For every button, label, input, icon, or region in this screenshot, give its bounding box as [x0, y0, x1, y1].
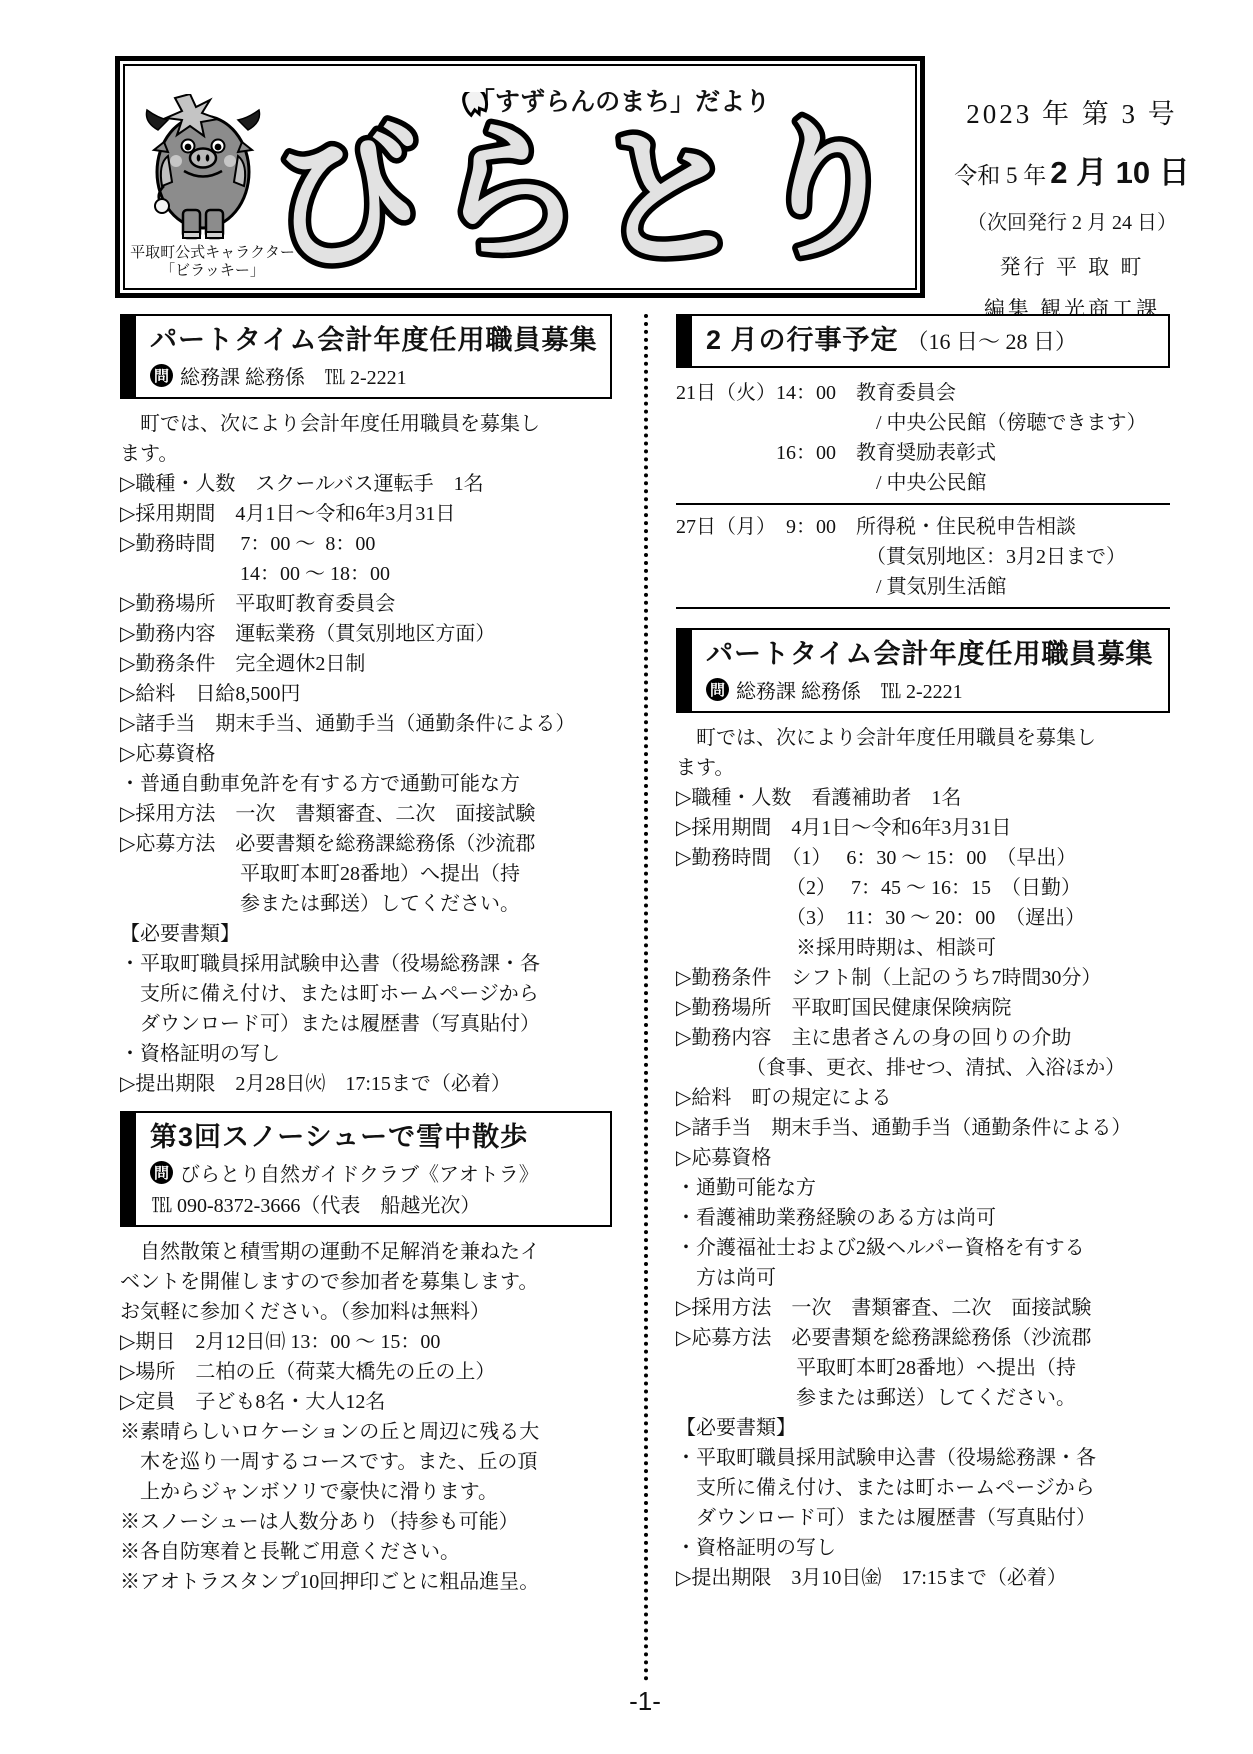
next-issue-note: （次回発行 2 月 24 日）	[944, 206, 1200, 235]
text-line: 木を巡り一周するコースです。また、丘の頂	[120, 1447, 612, 1477]
svg-text:り: り	[742, 99, 909, 282]
section-title: パートタイム会計年度任用職員募集	[706, 637, 1160, 671]
section-contact-tel: ℡ 090-8372-3666（代表 船越光次）	[150, 1189, 602, 1218]
left-column: パートタイム会計年度任用職員募集 問 総務課 総務係 ℡ 2-2221 町では、…	[120, 314, 612, 1597]
text-line: ・平取町職員採用試験申込書（役場総務課・各	[120, 949, 612, 979]
text-line: / 中央公民館	[676, 468, 1170, 498]
text-line: ▷給料 日給8,500円	[120, 679, 612, 709]
text-line: ▷応募資格	[676, 1143, 1170, 1173]
issue-number: 2023 年 第 3 号	[944, 92, 1200, 131]
text-line: 16：00 教育奨励表彰式	[676, 438, 1170, 468]
text-line: ます。	[676, 753, 1170, 783]
text-line: ▷勤務条件 完全週休2日制	[120, 649, 612, 679]
section-bar	[676, 314, 692, 368]
text-line: （2） 7：45 ～ 16：15 （日勤）	[676, 873, 1170, 903]
text-line: ※採用時期は、相談可	[676, 933, 1170, 963]
section-contact: 問 びらとり自然ガイドクラブ《アオトラ》	[150, 1158, 602, 1187]
newsletter-title: び ら と り	[263, 92, 911, 282]
page-number: -1-	[545, 1686, 745, 1717]
text-line: ▷職種・人数 スクールバス運転手 1名	[120, 469, 612, 499]
text-line: 支所に備え付け、または町ホームページから	[676, 1473, 1170, 1503]
text-line: ▷採用方法 一次 書類審査、二次 面接試験	[120, 799, 612, 829]
text-line: ▷採用期間 4月1日～令和6年3月31日	[676, 813, 1170, 843]
schedule-title: 2 月の行事予定	[706, 325, 899, 355]
section-contact: 問 総務課 総務係 ℡ 2-2221	[150, 361, 602, 390]
schedule-body: 21日（火）14：00 教育委員会 / 中央公民館（傍聴できます） 16：00 …	[676, 378, 1170, 609]
inquiry-icon: 問	[150, 364, 173, 387]
text-line: ▷応募資格	[120, 739, 612, 769]
separator-rule	[676, 607, 1170, 609]
text-line: ▷提出期限 3月10日㈮ 17:15まで（必着）	[676, 1563, 1170, 1593]
text-line: ※各自防寒着と長靴ご用意ください。	[120, 1537, 612, 1567]
text-line: 参または郵送）してください。	[120, 889, 612, 919]
publisher-line: 発行 平 取 町	[944, 251, 1200, 281]
newsletter-page: 「すずらんのまち」だより び ら と り	[0, 0, 1253, 1754]
text-line: ▷期日 2月12日㈰ 13：00 ～ 15：00	[120, 1327, 612, 1357]
issue-date-era: 令和 5 年	[954, 163, 1046, 188]
text-line: ※素晴らしいロケーションの丘と周辺に残る大	[120, 1417, 612, 1447]
text-line: 【必要書類】	[120, 919, 612, 949]
text-line: ▷勤務時間 7：00 ～ 8：00	[120, 529, 612, 559]
text-line: ▷勤務場所 平取町教育委員会	[120, 589, 612, 619]
text-line: ・平取町職員採用試験申込書（役場総務課・各	[676, 1443, 1170, 1473]
text-line: 参または郵送）してください。	[676, 1383, 1170, 1413]
text-line: （3） 11：30 ～ 20：00 （遅出）	[676, 903, 1170, 933]
text-line: ▷勤務内容 運転業務（貫気別地区方面）	[120, 619, 612, 649]
text-line: ※スノーシューは人数分あり（持参も可能）	[120, 1507, 612, 1537]
text-line: ▷定員 子ども8名・大人12名	[120, 1387, 612, 1417]
issue-info: 2023 年 第 3 号 令和 5 年2 月 10 日 （次回発行 2 月 24…	[944, 92, 1200, 335]
text-line: ▷提出期限 2月28日㈫ 17:15まで（必着）	[120, 1069, 612, 1099]
section-title: 2 月の行事予定（16 日～ 28 日）	[706, 323, 1160, 359]
text-line: ▷給料 町の規定による	[676, 1083, 1170, 1113]
article-body-parttime-left: 町では、次により会計年度任用職員を募集します。▷職種・人数 スクールバス運転手 …	[120, 409, 612, 1099]
text-line: ▷採用方法 一次 書類審査、二次 面接試験	[676, 1293, 1170, 1323]
text-line: 町では、次により会計年度任用職員を募集し	[676, 723, 1170, 753]
schedule-title-range: （16 日～ 28 日）	[907, 329, 1078, 354]
text-line: ▷勤務条件 シフト制（上記のうち7時間30分）	[676, 963, 1170, 993]
text-line: 方は尚可	[676, 1263, 1170, 1293]
text-line: ・資格証明の写し	[120, 1039, 612, 1069]
text-line: ・資格証明の写し	[676, 1533, 1170, 1563]
contact-text: 総務課 総務係 ℡ 2-2221	[180, 361, 407, 390]
text-line: 町では、次により会計年度任用職員を募集し	[120, 409, 612, 439]
text-line: / 中央公民館（傍聴できます）	[676, 408, 1170, 438]
section-head-parttime-recruitment-left: パートタイム会計年度任用職員募集 問 総務課 総務係 ℡ 2-2221	[120, 314, 612, 399]
text-line: ▷諸手当 期末手当、通勤手当（通勤条件による）	[120, 709, 612, 739]
text-line: 【必要書類】	[676, 1413, 1170, 1443]
mascot-biracky-icon	[137, 94, 269, 244]
text-line: 27日（月） 9：00 所得税・住民税申告相談	[676, 512, 1170, 542]
text-line: ▷採用期間 4月1日～令和6年3月31日	[120, 499, 612, 529]
text-line: ▷応募方法 必要書類を総務課総務係（沙流郡	[120, 829, 612, 859]
text-line: 支所に備え付け、または町ホームページから	[120, 979, 612, 1009]
text-line: 自然散策と積雪期の運動不足解消を兼ねたイ	[120, 1237, 612, 1267]
section-head-parttime-recruitment-right: パートタイム会計年度任用職員募集 問 総務課 総務係 ℡ 2-2221	[676, 628, 1170, 713]
text-line: 14：00 ～ 18：00	[120, 559, 612, 589]
text-line: 21日（火）14：00 教育委員会	[676, 378, 1170, 408]
text-line: （食事、更衣、排せつ、清拭、入浴ほか）	[676, 1053, 1170, 1083]
masthead-inner-border: 「すずらんのまち」だより び ら と り	[123, 64, 917, 290]
text-line: ダウンロード可）または履歴書（写真貼付）	[676, 1503, 1170, 1533]
masthead: 「すずらんのまち」だより び ら と り	[115, 56, 925, 298]
article-body-parttime-right: 町では、次により会計年度任用職員を募集します。▷職種・人数 看護補助者 1名▷採…	[676, 723, 1170, 1593]
svg-text:と: と	[589, 108, 748, 282]
text-line: ・通勤可能な方	[676, 1173, 1170, 1203]
text-line: 平取町本町28番地）へ提出（持	[120, 859, 612, 889]
text-line: お気軽に参加ください。（参加料は無料）	[120, 1297, 612, 1327]
section-bar	[120, 1111, 136, 1227]
text-line: ます。	[120, 439, 612, 469]
svg-text:ら: ら	[429, 101, 591, 282]
issue-date-bold: 2 月 10 日	[1050, 155, 1190, 190]
mascot-caption-line1: 平取町公式キャラクター	[125, 244, 300, 262]
section-bar	[120, 314, 136, 399]
inquiry-icon: 問	[706, 678, 729, 701]
separator-rule	[676, 503, 1170, 505]
issue-date: 令和 5 年2 月 10 日	[944, 147, 1200, 192]
mascot-caption-line2: 「ビラッキー」	[125, 262, 300, 280]
text-line: ▷職種・人数 看護補助者 1名	[676, 783, 1170, 813]
text-line: ▷諸手当 期末手当、通勤手当（通勤条件による）	[676, 1113, 1170, 1143]
text-line: ・普通自動車免許を有する方で通勤可能な方	[120, 769, 612, 799]
text-line: ベントを開催しますので参加者を募集します。	[120, 1267, 612, 1297]
text-line: ▷勤務時間 （1） 6：30 ～ 15：00 （早出）	[676, 843, 1170, 873]
text-line: 平取町本町28番地）へ提出（持	[676, 1353, 1170, 1383]
contact-text: びらとり自然ガイドクラブ《アオトラ》	[180, 1158, 539, 1187]
text-line: ・看護補助業務経験のある方は尚可	[676, 1203, 1170, 1233]
text-line: ダウンロード可）または履歴書（写真貼付）	[120, 1009, 612, 1039]
text-line: ※アオトラスタンプ10回押印ごとに粗品進呈。	[120, 1567, 612, 1597]
text-line: ▷応募方法 必要書類を総務課総務係（沙流郡	[676, 1323, 1170, 1353]
text-line: ▷勤務場所 平取町国民健康保険病院	[676, 993, 1170, 1023]
section-contact: 問 総務課 総務係 ℡ 2-2221	[706, 675, 1160, 704]
column-divider	[644, 314, 648, 1682]
text-line: 上からジャンボソリで豪快に滑ります。	[120, 1477, 612, 1507]
text-line: ▷勤務内容 主に患者さんの身の回りの介助	[676, 1023, 1170, 1053]
contact-text: 総務課 総務係 ℡ 2-2221	[736, 675, 963, 704]
right-column: 2 月の行事予定（16 日～ 28 日） 21日（火）14：00 教育委員会 /…	[676, 314, 1170, 1593]
text-line: ・介護福祉士および2級ヘルパー資格を有する	[676, 1233, 1170, 1263]
text-line: ▷場所 二柏の丘（荷菜大橋先の丘の上）	[120, 1357, 612, 1387]
section-bar	[676, 628, 692, 713]
section-head-snowshoe: 第3回スノーシューで雪中散歩 問 びらとり自然ガイドクラブ《アオトラ》 ℡ 09…	[120, 1111, 612, 1227]
section-title: パートタイム会計年度任用職員募集	[150, 323, 602, 357]
section-title: 第3回スノーシューで雪中散歩	[150, 1120, 602, 1154]
text-line: （貫気別地区：3月2日まで）	[676, 542, 1170, 572]
article-body-snowshoe: 自然散策と積雪期の運動不足解消を兼ねたイベントを開催しますので参加者を募集します…	[120, 1237, 612, 1597]
section-head-schedule: 2 月の行事予定（16 日～ 28 日）	[676, 314, 1170, 368]
inquiry-icon: 問	[150, 1161, 173, 1184]
text-line: / 貫気別生活館	[676, 572, 1170, 602]
mascot-caption: 平取町公式キャラクター 「ビラッキー」	[125, 244, 300, 280]
